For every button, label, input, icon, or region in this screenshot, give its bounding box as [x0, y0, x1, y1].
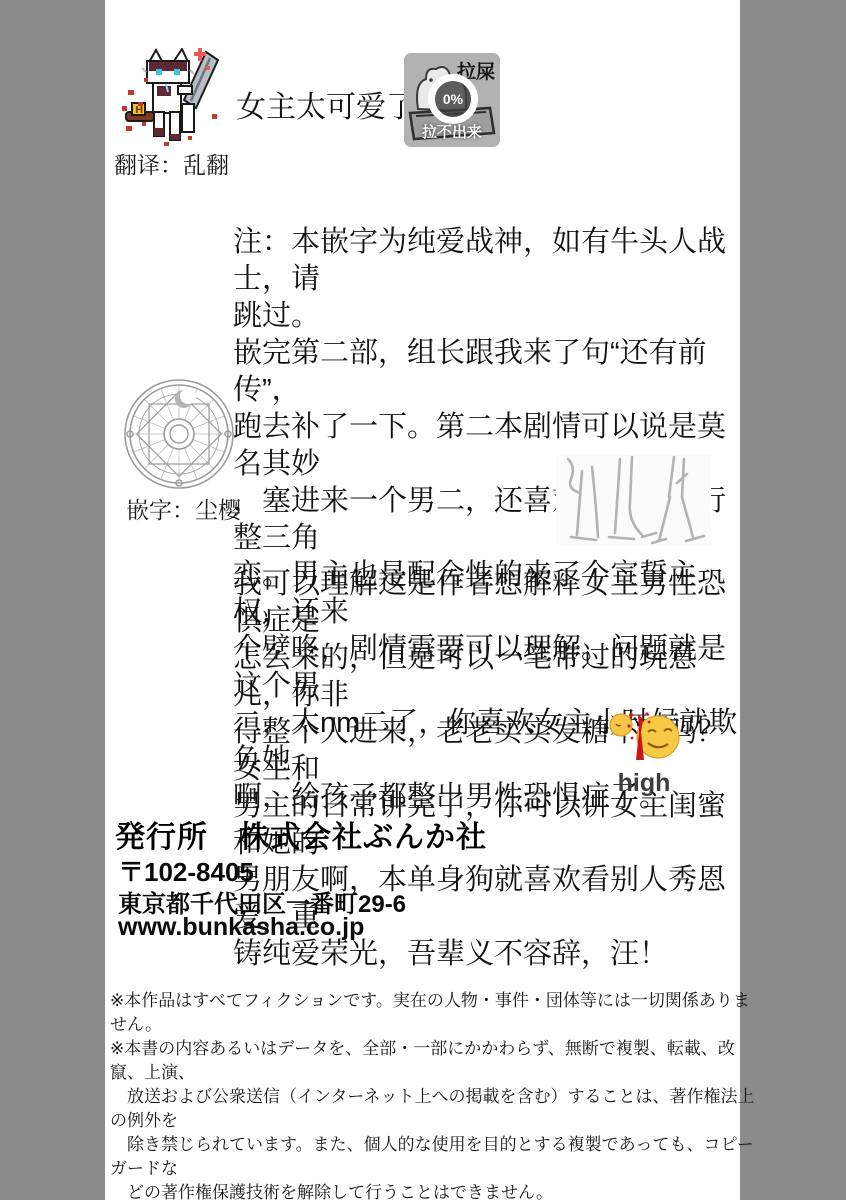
poop-progress-meme-sticker: 拉屎 0% 拉不出来	[404, 53, 500, 147]
high-five-emoji-sticker: high	[604, 710, 684, 790]
pixel-cat-sword-sticker: H	[118, 48, 230, 148]
meme-caption-text: 拉不出来	[404, 121, 500, 142]
translator-comment-text: 女主太可爱了!	[236, 82, 424, 126]
page-content-area: H 翻译：乱翻 女主太可爱了!	[105, 0, 740, 1200]
legs-sketch-image	[556, 455, 711, 545]
walking-legs-sketch-icon	[556, 455, 711, 545]
typesetter-credit-label: 嵌字：尘樱	[126, 492, 241, 525]
publisher-role-line: 発行所 株式会社ぶんか社	[115, 812, 487, 856]
progress-ring: 0%	[428, 74, 478, 124]
smiley-slap-icon	[604, 710, 684, 762]
publisher-website: www.bunkasha.co.jp	[118, 913, 364, 942]
magic-circle-image	[122, 377, 236, 491]
cat-sword-icon: H	[118, 48, 230, 148]
high-sticker-label: high	[604, 769, 684, 798]
progress-percent-text: 0%	[443, 91, 463, 107]
scanned-credits-page: H 翻译：乱翻 女主太可爱了!	[0, 0, 846, 1200]
clow-magic-circle-icon	[122, 377, 236, 491]
translator-credit-label: 翻译：乱翻	[114, 147, 229, 180]
svg-text:H: H	[135, 105, 143, 116]
copyright-notice: ※本作品はすべてフィクションです。実在の人物・事件・団体等には一切関係ありません…	[110, 989, 755, 1200]
